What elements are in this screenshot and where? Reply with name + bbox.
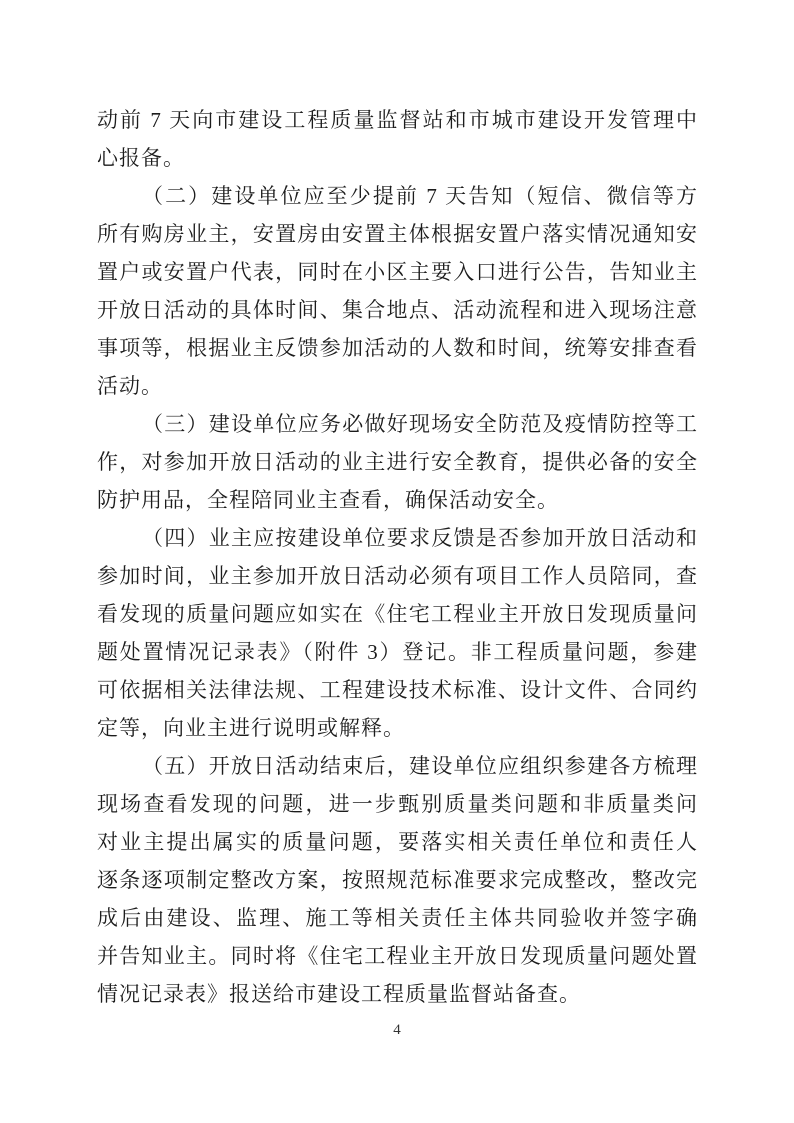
text-line: 动前 7 天向市建设工程质量监督站和市城市建设开发管理中 [97, 101, 698, 139]
text-line: 置户或安置户代表，同时在小区主要入口进行公告，告知业主 [97, 253, 698, 291]
text-line: 定等，向业主进行说明或解释。 [97, 709, 698, 747]
text-line: （三）建设单位应务必做好现场安全防范及疫情防控等工 [97, 405, 698, 443]
text-line: （四）业主应按建设单位要求反馈是否参加开放日活动和 [97, 519, 698, 557]
text-line: 现场查看发现的问题，进一步甄别质量类问题和非质量类问题， [97, 785, 698, 823]
text-line: 逐条逐项制定整改方案，按照规范标准要求完成整改，整改完 [97, 861, 698, 899]
text-line: 所有购房业主，安置房由安置主体根据安置户落实情况通知安 [97, 215, 698, 253]
page-number: 4 [393, 1022, 401, 1038]
text-line: 可依据相关法律法规、工程建设技术标准、设计文件、合同约 [97, 671, 698, 709]
document-page: 动前 7 天向市建设工程质量监督站和市城市建设开发管理中 心报备。 （二）建设单… [0, 0, 794, 1123]
document-body: 动前 7 天向市建设工程质量监督站和市城市建设开发管理中 心报备。 （二）建设单… [97, 101, 698, 1013]
text-line: 题处置情况记录表》（附件 3）登记。非工程质量问题，参建方 [97, 633, 698, 671]
text-line: 心报备。 [97, 139, 698, 177]
text-line: 事项等，根据业主反馈参加活动的人数和时间，统筹安排查看 [97, 329, 698, 367]
text-line: 参加时间，业主参加开放日活动必须有项目工作人员陪同，查 [97, 557, 698, 595]
page-footer: 4 [0, 1021, 794, 1039]
text-line: 开放日活动的具体时间、集合地点、活动流程和进入现场注意 [97, 291, 698, 329]
text-line: 防护用品，全程陪同业主查看，确保活动安全。 [97, 481, 698, 519]
text-line: 对业主提出属实的质量问题，要落实相关责任单位和责任人员， [97, 823, 698, 861]
text-line: 成后由建设、监理、施工等相关责任主体共同验收并签字确认， [97, 899, 698, 937]
text-line: 看发现的质量问题应如实在《住宅工程业主开放日发现质量问 [97, 595, 698, 633]
text-line: 情况记录表》报送给市建设工程质量监督站备查。 [97, 975, 698, 1013]
text-line: 作，对参加开放日活动的业主进行安全教育，提供必备的安全 [97, 443, 698, 481]
text-line: （二）建设单位应至少提前 7 天告知（短信、微信等方式） [97, 177, 698, 215]
text-line: 并告知业主。同时将《住宅工程业主开放日发现质量问题处置 [97, 937, 698, 975]
text-line: 活动。 [97, 367, 698, 405]
text-line: （五）开放日活动结束后，建设单位应组织参建各方梳理 [97, 747, 698, 785]
